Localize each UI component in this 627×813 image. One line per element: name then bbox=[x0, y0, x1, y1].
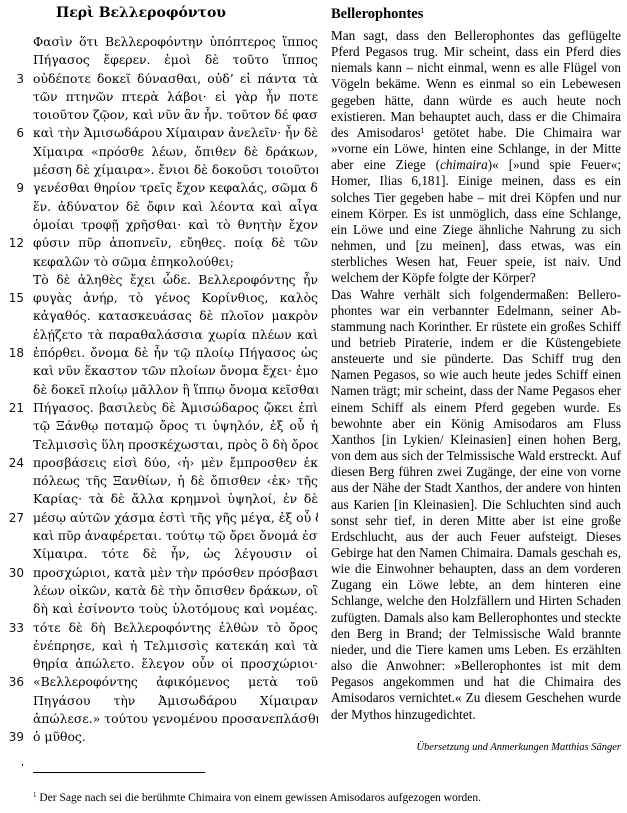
margin-mark bbox=[22, 764, 23, 766]
greek-line: 3οὐδέποτε δοκεῖ δύνασθαι, οὐδ’ εἰ πάντα … bbox=[0, 70, 320, 88]
greek-line: δὲ δοκεῖ πλοίῳ μᾶλλον ἢ ἵππῳ ὄνομα κεῖσθ… bbox=[0, 381, 320, 399]
greek-line-text: μέσῳ αὐτῶν χάσμα ἐστὶ τῆς γῆς μέγα, ἐξ ο… bbox=[33, 509, 318, 527]
greek-line: Πήγασος ἔφερεν. ἐμοὶ δὲ τοῦτο ἵππος bbox=[0, 51, 320, 69]
greek-line-text: δὴ καὶ ἐσίνοντο τοὺς ὑλοτόμους καὶ νομέα… bbox=[33, 600, 318, 618]
greek-line: 33τότε δὲ δὴ Βελλεροφόντης ἐλθὼν τὸ ὄρος bbox=[0, 619, 320, 637]
greek-line: Τὸ δὲ ἀληθὲς ἔχει ὧδε. Βελλεροφόντης ἦν bbox=[0, 271, 320, 289]
footnote: 1 Der Sage nach sei die berühmte Chimair… bbox=[33, 792, 481, 804]
greek-line: ἐνέπρησε, καὶ ἡ Τελμισσὶς κατεκάη καὶ τὰ bbox=[0, 637, 320, 655]
line-number: 30 bbox=[0, 564, 24, 582]
greek-line: δὴ καὶ ἐσίνοντο τοὺς ὑλοτόμους καὶ νομέα… bbox=[0, 600, 320, 618]
greek-line-text: Πηγάσου τὴν Ἀμισωδάρου Χίμαιραν bbox=[33, 692, 318, 710]
greek-line-text: κεφαλῶν τὸ σῶμα ἐπηκολούθει; bbox=[33, 253, 318, 271]
line-number: 9 bbox=[0, 179, 24, 197]
line-number: 36 bbox=[0, 673, 24, 691]
greek-line-text: μέσση δὲ χίμαιρα». ἔνιοι δὲ δοκοῦσι τοιο… bbox=[33, 161, 318, 179]
greek-line-text: Χίμαιρα. τότε δὲ ἦν, ὡς λέγουσιν οἱ bbox=[33, 545, 318, 563]
greek-line-text: τῶν πτηνῶν πτερὰ λάβοι· εἰ γὰρ ἦν ποτε bbox=[33, 88, 318, 106]
footnote-separator bbox=[33, 772, 205, 773]
line-number: 3 bbox=[0, 70, 24, 88]
greek-line: καὶ νῦν ἕκαστον τῶν πλοίων ὄνομα ἔχει· ἐ… bbox=[0, 362, 320, 380]
greek-line: τῷ Ξάνθῳ ποταμῷ ὄρος τι ὑψηλόν, ἐξ οὗ ἡ bbox=[0, 417, 320, 435]
greek-line: 18ἐπόρθει. ὄνομα δὲ ἦν τῷ πλοίῳ Πήγασος … bbox=[0, 344, 320, 362]
greek-line-text: γενέσθαι θηρίον τρεῖς ἔχον κεφαλάς, σῶμα… bbox=[33, 179, 318, 197]
line-number: 21 bbox=[0, 399, 24, 417]
greek-line-text: τοιοῦτον ζῷον, καὶ νῦν ἂν ἦν. τοῦτον δέ … bbox=[33, 106, 318, 124]
greek-line-text: δὲ δοκεῖ πλοίῳ μᾶλλον ἢ ἵππῳ ὄνομα κεῖσθ… bbox=[33, 381, 318, 399]
greek-line: καὶ πῦρ ἀναφέρεται. τούτῳ τῷ ὄρει ὄνομά … bbox=[0, 527, 320, 545]
greek-line: Καρίας· τὰ δὲ ἄλλα κρημνοὶ ὑψηλοί, ἐν δὲ bbox=[0, 490, 320, 508]
greek-line: 24προσβάσεις εἰσὶ δύο, ‹ἡ› μὲν ἔμπροσθεν… bbox=[0, 454, 320, 472]
greek-line: τῶν πτηνῶν πτερὰ λάβοι· εἰ γὰρ ἦν ποτε bbox=[0, 88, 320, 106]
greek-line-text: τῷ Ξάνθῳ ποταμῷ ὄρος τι ὑψηλόν, ἐξ οὗ ἡ bbox=[33, 417, 318, 435]
greek-line-text: Τελμισσὶς ὕλη προσκέχωσται, πρὸς ὃ δὴ ὄρ… bbox=[33, 436, 318, 454]
greek-line-text: θηρία ἀπώλετο. ἔλεγον οὖν οἱ προσχώριοι· bbox=[33, 655, 318, 673]
greek-line-text: Φασὶν ὅτι Βελλεροφόντην ὑπόπτερος ἵππος bbox=[33, 33, 318, 51]
greek-line: 36«Βελλεροφόντης ἀφικόμενος μετὰ τοῦ bbox=[0, 673, 320, 691]
greek-line: 6καὶ τὴν Ἀμισωδάρου Χίμαιραν ἀνελεῖν· ἦν… bbox=[0, 124, 320, 142]
greek-line-text: καὶ τὴν Ἀμισωδάρου Χίμαιραν ἀνελεῖν· ἦν … bbox=[33, 124, 318, 142]
greek-line-text: ὁμοίαι τροφῇ χρῆσθαι· καὶ τὸ θνητὴν ἔχον bbox=[33, 216, 318, 234]
line-number: 27 bbox=[0, 509, 24, 527]
greek-line-text: ἐλῄζετο τὰ παραθαλάσσια χωρία πλέων καὶ bbox=[33, 326, 318, 344]
greek-line: ἐλῄζετο τὰ παραθαλάσσια χωρία πλέων καὶ bbox=[0, 326, 320, 344]
greek-line-text: Πήγασος ἔφερεν. ἐμοὶ δὲ τοῦτο ἵππος bbox=[33, 51, 318, 69]
greek-line-text: ὁ μῦθος. bbox=[33, 728, 318, 746]
greek-text: Φασὶν ὅτι Βελλεροφόντην ὑπόπτερος ἵπποςΠ… bbox=[0, 33, 320, 747]
greek-line-text: ἐπόρθει. ὄνομα δὲ ἦν τῷ πλοίῳ Πήγασος ὡς bbox=[33, 344, 318, 362]
greek-line: 30προσχώριοι, κατὰ μὲν τὴν πρόσθεν πρόσβ… bbox=[0, 564, 320, 582]
document-page: Περὶ Βελλεροφόντου Φασὶν ὅτι Βελλεροφόντ… bbox=[0, 0, 627, 813]
greek-line-text: καὶ νῦν ἕκαστον τῶν πλοίων ὄνομα ἔχει· ἐ… bbox=[33, 362, 318, 380]
greek-line-text: κἀγαθός. κατασκευάσας δὲ πλοῖον μακρὸν bbox=[33, 307, 318, 325]
greek-line: κεφαλῶν τὸ σῶμα ἐπηκολούθει; bbox=[0, 253, 320, 271]
greek-line-text: πόλεως τῆς Ξανθίων, ἡ δὲ ὄπισθεν ‹ἐκ› τῆ… bbox=[33, 472, 318, 490]
greek-line-text: «Βελλεροφόντης ἀφικόμενος μετὰ τοῦ bbox=[33, 673, 318, 691]
greek-line: ὁμοίαι τροφῇ χρῆσθαι· καὶ τὸ θνητὴν ἔχον bbox=[0, 216, 320, 234]
greek-line: τοιοῦτον ζῷον, καὶ νῦν ἂν ἦν. τοῦτον δέ … bbox=[0, 106, 320, 124]
greek-line: Φασὶν ὅτι Βελλεροφόντην ὑπόπτερος ἵππος bbox=[0, 33, 320, 51]
greek-line: ἀπώλεσε.» τούτου γενομένου προσανεπλάσθη bbox=[0, 710, 320, 728]
translator-credit: Übersetzung und Anmerkungen Matthias Sän… bbox=[416, 742, 621, 753]
greek-line-text: Καρίας· τὰ δὲ ἄλλα κρημνοὶ ὑψηλοί, ἐν δὲ bbox=[33, 490, 318, 508]
greek-line-text: Πήγασος. βασιλεὺς δὲ Ἀμισώδαρος ᾤκει ἐπὶ bbox=[33, 399, 318, 417]
greek-line: θηρία ἀπώλετο. ἔλεγον οὖν οἱ προσχώριοι· bbox=[0, 655, 320, 673]
greek-line: 39ὁ μῦθος. bbox=[0, 728, 320, 746]
greek-line: ἕν. ἀδύνατον δὲ ὄφιν καὶ λέοντα καὶ αἶγα bbox=[0, 198, 320, 216]
greek-line-text: καὶ πῦρ ἀναφέρεται. τούτῳ τῷ ὄρει ὄνομά … bbox=[33, 527, 318, 545]
greek-line: μέσση δὲ χίμαιρα». ἔνιοι δὲ δοκοῦσι τοιο… bbox=[0, 161, 320, 179]
line-number: 33 bbox=[0, 619, 24, 637]
greek-line: Πηγάσου τὴν Ἀμισωδάρου Χίμαιραν bbox=[0, 692, 320, 710]
line-number: 18 bbox=[0, 344, 24, 362]
greek-line-text: ἐνέπρησε, καὶ ἡ Τελμισσὶς κατεκάη καὶ τὰ bbox=[33, 637, 318, 655]
german-paragraph-1: Man sagt, dass den Bellerophontes das ge… bbox=[331, 28, 621, 287]
greek-line: 15φυγὰς ἀνήρ, τὸ γένος Κορίνθιος, καλὸς bbox=[0, 289, 320, 307]
greek-line: κἀγαθός. κατασκευάσας δὲ πλοῖον μακρὸν bbox=[0, 307, 320, 325]
greek-line-text: οὐδέποτε δοκεῖ δύνασθαι, οὐδ’ εἰ πάντα τ… bbox=[33, 70, 318, 88]
greek-line-text: ἕν. ἀδύνατον δὲ ὄφιν καὶ λέοντα καὶ αἶγα bbox=[33, 198, 318, 216]
greek-line-text: λέων οἰκῶν, κατὰ δὲ τὴν ὄπισθεν δράκων, … bbox=[33, 582, 318, 600]
greek-line: πόλεως τῆς Ξανθίων, ἡ δὲ ὄπισθεν ‹ἐκ› τῆ… bbox=[0, 472, 320, 490]
greek-line: 9γενέσθαι θηρίον τρεῖς ἔχον κεφαλάς, σῶμ… bbox=[0, 179, 320, 197]
greek-line: Χίμαιρα. τότε δὲ ἦν, ὡς λέγουσιν οἱ bbox=[0, 545, 320, 563]
line-number: 15 bbox=[0, 289, 24, 307]
greek-line-text: φύσιν πῦρ ἀποπνεῖν, εὔηθες. ποίᾳ δὲ τῶν bbox=[33, 234, 318, 252]
greek-line: 27μέσῳ αὐτῶν χάσμα ἐστὶ τῆς γῆς μέγα, ἐξ… bbox=[0, 509, 320, 527]
greek-line-text: τότε δὲ δὴ Βελλεροφόντης ἐλθὼν τὸ ὄρος bbox=[33, 619, 318, 637]
german-paragraph-2: Das Wahre verhält sich folgendermaßen: B… bbox=[331, 287, 621, 723]
greek-line-text: Χίμαιρα «πρόσθε λέων, ὄπιθεν δὲ δράκων, bbox=[33, 143, 318, 161]
german-text: Man sagt, dass den Bellerophontes das ge… bbox=[331, 28, 621, 723]
line-number: 39 bbox=[0, 728, 24, 746]
greek-line: λέων οἰκῶν, κατὰ δὲ τὴν ὄπισθεν δράκων, … bbox=[0, 582, 320, 600]
line-number: 12 bbox=[0, 234, 24, 252]
line-number: 24 bbox=[0, 454, 24, 472]
german-title: Bellerophontes bbox=[331, 6, 423, 23]
line-number: 6 bbox=[0, 124, 24, 142]
greek-line: Τελμισσὶς ὕλη προσκέχωσται, πρὸς ὃ δὴ ὄρ… bbox=[0, 436, 320, 454]
greek-line-text: προσχώριοι, κατὰ μὲν τὴν πρόσθεν πρόσβασ… bbox=[33, 564, 318, 582]
greek-title: Περὶ Βελλεροφόντου bbox=[56, 5, 226, 21]
greek-line-text: ἀπώλεσε.» τούτου γενομένου προσανεπλάσθη bbox=[33, 710, 318, 728]
greek-line: 21Πήγασος. βασιλεὺς δὲ Ἀμισώδαρος ᾤκει ἐ… bbox=[0, 399, 320, 417]
greek-line: Χίμαιρα «πρόσθε λέων, ὄπιθεν δὲ δράκων, bbox=[0, 143, 320, 161]
greek-line-text: προσβάσεις εἰσὶ δύο, ‹ἡ› μὲν ἔμπροσθεν ἐ… bbox=[33, 454, 318, 472]
greek-line-text: φυγὰς ἀνήρ, τὸ γένος Κορίνθιος, καλὸς bbox=[33, 289, 318, 307]
footnote-text: Der Sage nach sei die berühmte Chimaira … bbox=[37, 792, 482, 804]
greek-line-text: Τὸ δὲ ἀληθὲς ἔχει ὧδε. Βελλεροφόντης ἦν bbox=[33, 271, 318, 289]
greek-line: 12φύσιν πῦρ ἀποπνεῖν, εὔηθες. ποίᾳ δὲ τῶ… bbox=[0, 234, 320, 252]
